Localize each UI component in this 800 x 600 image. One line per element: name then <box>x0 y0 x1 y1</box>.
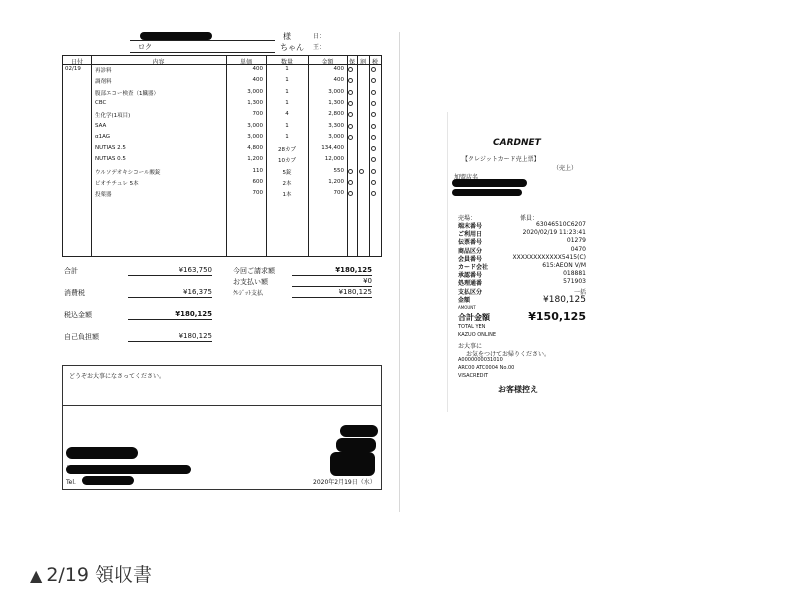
triangle-up-icon: ▲ <box>30 566 42 585</box>
slip-field-value: ¥180,125 <box>543 295 586 305</box>
cell-amount: 2,800 <box>308 111 344 117</box>
app-label: VISACREDIT <box>458 373 488 379</box>
circle-mark-tax-icon <box>371 124 376 129</box>
owner-name-underline <box>130 40 275 41</box>
header-tax: 税 <box>369 57 381 66</box>
table-row: 生化学(1項目)70042,800 <box>63 111 381 121</box>
total-incl-value: ¥180,125 <box>128 310 212 320</box>
slip-field-value: 01279 <box>567 237 586 244</box>
tax-value: ¥16,375 <box>128 288 212 298</box>
circle-mark-ins-icon <box>348 90 353 95</box>
slip-subtitle: （売上） <box>553 163 577 172</box>
cell-qty: 10カプ <box>266 156 308 164</box>
cell-item: ビオチチュレ 5本 <box>95 179 225 187</box>
redacted-stamp-1 <box>340 425 378 437</box>
cell-amount: 700 <box>308 190 344 196</box>
cell-item: ウルソデオキシコール酸錠 <box>95 168 225 176</box>
header-date: 日付 <box>63 57 91 66</box>
redacted-stamp-3 <box>330 452 375 476</box>
credit-value: ¥180,125 <box>292 288 372 298</box>
cell-qty: 1 <box>266 123 308 129</box>
cell-amount: 3,000 <box>308 134 344 140</box>
cell-item: 再診料 <box>95 66 225 74</box>
cell-qty: 1 <box>266 66 308 72</box>
circle-mark-ins-icon <box>348 124 353 129</box>
total-en: TOTAL YEN <box>458 324 485 330</box>
cell-amount: 134,400 <box>308 145 344 151</box>
cell-amount: 3,000 <box>308 89 344 95</box>
cell-item: NUTIAS 0.5 <box>95 156 225 162</box>
tax-label: 消費税 <box>64 288 85 298</box>
kanzuo-online: KAZUO ONLINE <box>458 332 496 338</box>
cell-unit: 400 <box>226 66 263 72</box>
cell-item: 腹部エコー検査（1臓器） <box>95 89 225 97</box>
circle-mark-ins-icon <box>348 135 353 140</box>
pet-name-underline <box>130 52 275 53</box>
circle-mark-tax-icon <box>371 180 376 185</box>
circle-mark-ins-icon <box>348 112 353 117</box>
header-qty: 数量 <box>266 57 308 66</box>
table-row: 腹部エコー検査（1臓器）3,00013,000 <box>63 89 381 99</box>
circle-mark-disc-icon <box>359 169 364 174</box>
caption-title: 領収書 <box>95 564 152 586</box>
cell-qty: 1 <box>266 89 308 95</box>
cell-unit: 4,800 <box>226 145 263 151</box>
table-row: 02/19再診料4001400 <box>63 66 381 76</box>
customer-copy-label: お客様控え <box>498 384 538 395</box>
circle-mark-ins-icon <box>348 169 353 174</box>
slip-field-label: 金額 <box>458 295 470 304</box>
circle-mark-tax-icon <box>371 78 376 83</box>
circle-mark-tax-icon <box>371 101 376 106</box>
circle-mark-tax-icon <box>371 146 376 151</box>
redacted-merchant-2 <box>452 189 522 196</box>
cell-amount: 400 <box>308 66 344 72</box>
credit-label: ｸﾚｼﾞｯﾄ支払 <box>233 288 263 297</box>
circle-mark-tax-icon <box>371 112 376 117</box>
cell-item: α1AG <box>95 134 225 140</box>
cell-item: 生化学(1項目) <box>95 111 225 119</box>
issue-date: 2020年2月19日（水） <box>313 480 376 486</box>
circle-mark-tax-icon <box>371 169 376 174</box>
redacted-owner-name <box>140 32 212 40</box>
table-row: ビオチチュレ 5本6002本1,200 <box>63 179 381 189</box>
header-item: 内容 <box>91 57 226 66</box>
cell-item: SAA <box>95 123 225 129</box>
cell-item: CBC <box>95 100 225 106</box>
tel-prefix: Tel. <box>66 480 76 486</box>
cell-amount: 400 <box>308 77 344 83</box>
slip-field-value: 0470 <box>571 246 586 253</box>
cell-amount: 550 <box>308 168 344 174</box>
cell-unit: 400 <box>226 77 263 83</box>
get-well-message: どうぞお大事になさってください。 <box>69 374 165 380</box>
credit-card-slip: CARDNET 【クレジットカード売上票】 （売上） 加盟店名 売場： 係員： … <box>447 112 588 412</box>
amount-en: AMOUNT <box>458 305 476 310</box>
invoice-table: 日付 内容 単価 数量 金額 保 割 税 02/19再診料4001400調剤料4… <box>62 55 382 257</box>
cell-unit: 3,000 <box>226 123 263 129</box>
circle-mark-ins-icon <box>348 191 353 196</box>
self-pay-value: ¥180,125 <box>128 332 212 342</box>
circle-mark-tax-icon <box>371 67 376 72</box>
cell-qty: 1 <box>266 134 308 140</box>
cell-item: NUTIAS 2.5 <box>95 145 225 151</box>
label-king: 王： <box>313 45 325 51</box>
header-amount: 金額 <box>308 57 347 66</box>
table-row: 調剤料4001400 <box>63 77 381 87</box>
cell-amount: 1,300 <box>308 100 344 106</box>
page-caption: ▲2/19 領収書 <box>30 560 152 587</box>
cell-qty: 1 <box>266 77 308 83</box>
label-day: 日： <box>313 34 325 40</box>
cell-unit: 600 <box>226 179 263 185</box>
total-value: ¥150,125 <box>528 310 586 323</box>
billed-label: 今回ご請求額 <box>233 266 275 276</box>
cell-qty: 1 <box>266 100 308 106</box>
cell-amount: 1,200 <box>308 179 344 185</box>
cell-unit: 700 <box>226 190 263 196</box>
pet-name: ロク <box>138 44 152 51</box>
caption-date: 2/19 <box>46 564 89 586</box>
redacted-merchant-1 <box>452 179 527 187</box>
cell-amount: 3,300 <box>308 123 344 129</box>
cell-item: 調剤料 <box>95 77 225 85</box>
subtotal-value: ¥163,750 <box>128 266 212 276</box>
cell-amount: 12,000 <box>308 156 344 162</box>
cell-unit: 3,000 <box>226 134 263 140</box>
cell-item: 投薬器 <box>95 190 225 198</box>
self-pay-label: 自己負担額 <box>64 332 99 342</box>
table-row: ウルソデオキシコール酸錠1105錠550 <box>63 168 381 178</box>
aid: A0000000031010 <box>458 357 503 363</box>
redacted-clinic-name <box>66 447 138 459</box>
circle-mark-tax-icon <box>371 90 376 95</box>
total-label: 合計金額 <box>458 312 490 323</box>
cell-date: 02/19 <box>65 66 91 72</box>
slip-field-value: 2020/02/19 11:23:41 <box>523 229 586 236</box>
circle-mark-ins-icon <box>348 101 353 106</box>
header-ins: 保 <box>347 57 357 66</box>
slip-field-value: 63046510C6207 <box>536 221 586 228</box>
header-disc: 割 <box>357 57 369 66</box>
circle-mark-tax-icon <box>371 135 376 140</box>
circle-mark-ins-icon <box>348 180 353 185</box>
circle-mark-ins-icon <box>348 67 353 72</box>
table-row: 投薬器7001本700 <box>63 190 381 200</box>
table-row: NUTIAS 0.51,20010カプ12,000 <box>63 156 381 166</box>
circle-mark-tax-icon <box>371 191 376 196</box>
header-unit: 単価 <box>226 57 266 66</box>
billed-value: ¥180,125 <box>292 266 372 276</box>
owner-honorific: 様 <box>283 33 291 41</box>
cell-unit: 1,300 <box>226 100 263 106</box>
message-divider <box>63 405 381 406</box>
cell-unit: 110 <box>226 168 263 174</box>
slip-field-value: 018881 <box>563 270 586 277</box>
circle-mark-tax-icon <box>371 157 376 162</box>
cell-unit: 700 <box>226 111 263 117</box>
total-incl-label: 税込金額 <box>64 310 92 320</box>
slip-field-value: XXXXXXXXXXXX5415(C) <box>513 254 586 261</box>
scan-page-edge <box>399 32 400 512</box>
cell-unit: 1,200 <box>226 156 263 162</box>
redacted-stamp-2 <box>336 438 376 452</box>
arc: ARC00 ATC0004 No.00 <box>458 365 514 371</box>
cell-qty: 1本 <box>266 190 308 198</box>
circle-mark-ins-icon <box>348 78 353 83</box>
paid-value: ¥0 <box>292 277 372 287</box>
redacted-clinic-address <box>66 465 191 474</box>
cardnet-logo: CARDNET <box>493 138 541 148</box>
cell-qty: 5錠 <box>266 168 308 176</box>
paid-label: お支払い額 <box>233 277 268 287</box>
table-row: α1AG3,00013,000 <box>63 134 381 144</box>
redacted-clinic-tel <box>82 476 134 485</box>
pet-honorific: ちゃん <box>280 44 304 52</box>
slip-field-value: 571903 <box>563 278 586 285</box>
slip-title: 【クレジットカード売上票】 <box>462 154 540 163</box>
table-row: NUTIAS 2.54,80028カプ134,400 <box>63 145 381 155</box>
cell-qty: 4 <box>266 111 308 117</box>
table-row: CBC1,30011,300 <box>63 100 381 110</box>
cell-qty: 28カプ <box>266 145 308 153</box>
cell-unit: 3,000 <box>226 89 263 95</box>
subtotal-label: 合計 <box>64 266 78 276</box>
slip-field-value: 615:AEON V/M <box>542 262 586 269</box>
table-row: SAA3,00013,300 <box>63 123 381 133</box>
cell-qty: 2本 <box>266 179 308 187</box>
